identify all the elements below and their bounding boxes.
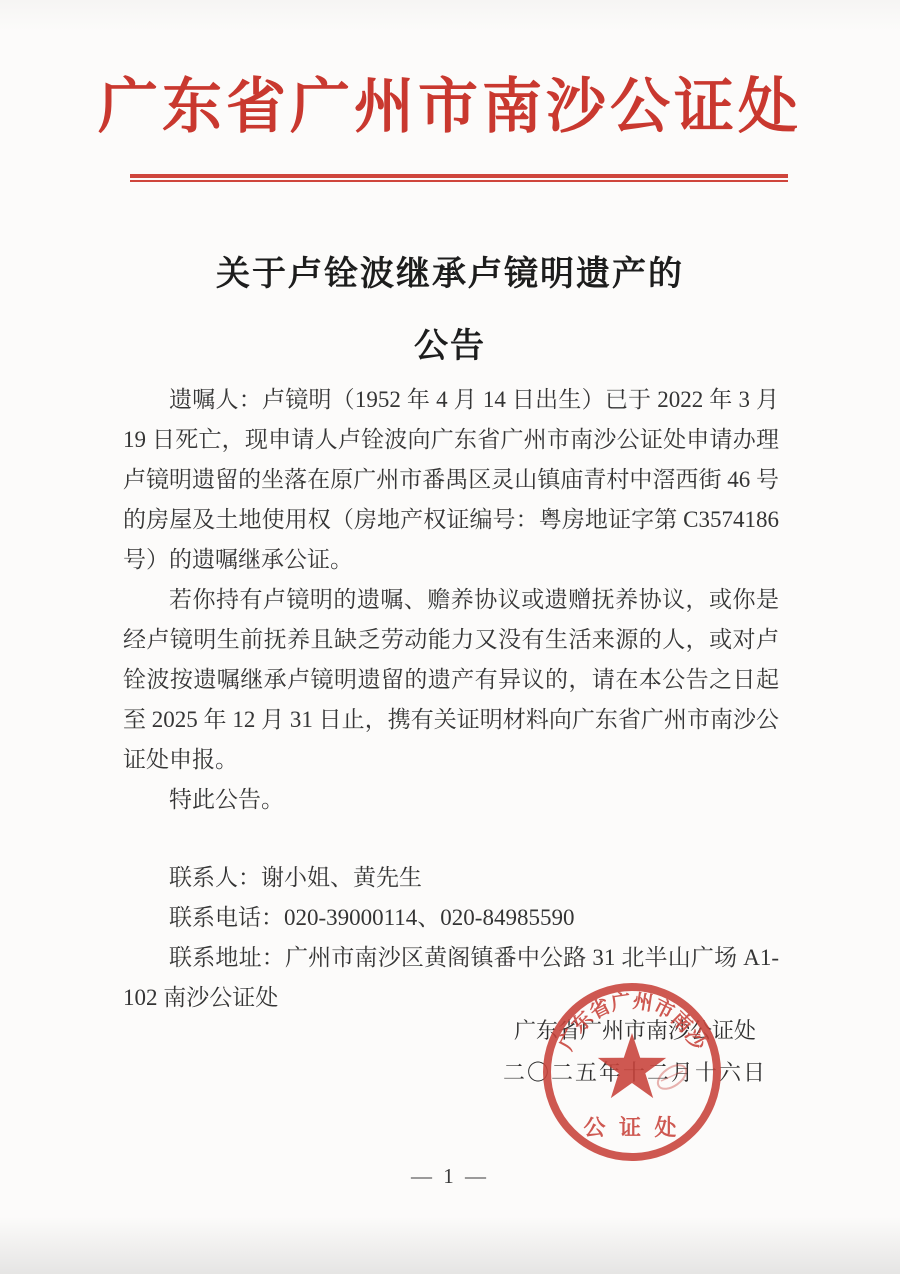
signature-block: 广东省广州市南沙公证处 二〇二五年十二月十六日 [455,1010,815,1094]
signature-date: 二〇二五年十二月十六日 [455,1052,815,1094]
paragraph-closing: 特此公告。 [123,780,779,820]
contact-phone-line: 联系电话：020-39000114、020-84985590 [123,898,779,938]
contact-address-line: 联系地址：广州市南沙区黄阁镇番中公路 31 北半山广场 A1-102 南沙公证处 [123,938,779,1018]
notice-body: 遗嘱人：卢镜明（1952 年 4 月 14 日出生）已于 2022 年 3 月 … [123,380,779,1018]
paragraph-objection: 若你持有卢镜明的遗嘱、赡养协议或遗赠抚养协议，或你是经卢镜明生前抚养且缺乏劳动能… [123,580,779,780]
document-title-line2: 公告 [0,318,900,367]
page-number: — 1 — [0,1164,900,1189]
divider-thin-line [130,180,788,182]
seal-bottom-text: 公 证 处 [583,1115,680,1140]
signature-organization: 广东省广州市南沙公证处 [455,1010,815,1052]
contact-person-line: 联系人：谢小姐、黄先生 [123,858,779,898]
document-title-line1: 关于卢铨波继承卢镜明遗产的 [0,246,900,295]
contact-block: 联系人：谢小姐、黄先生 联系电话：020-39000114、020-849855… [123,858,779,1018]
notice-document-page: 广东省广州市南沙公证处 关于卢铨波继承卢镜明遗产的 公告 遗嘱人：卢镜明（195… [0,0,900,1274]
letterhead-title: 广东省广州市南沙公证处 [0,70,900,145]
paragraph-testator: 遗嘱人：卢镜明（1952 年 4 月 14 日出生）已于 2022 年 3 月 … [123,380,779,580]
letterhead-divider [130,174,788,182]
